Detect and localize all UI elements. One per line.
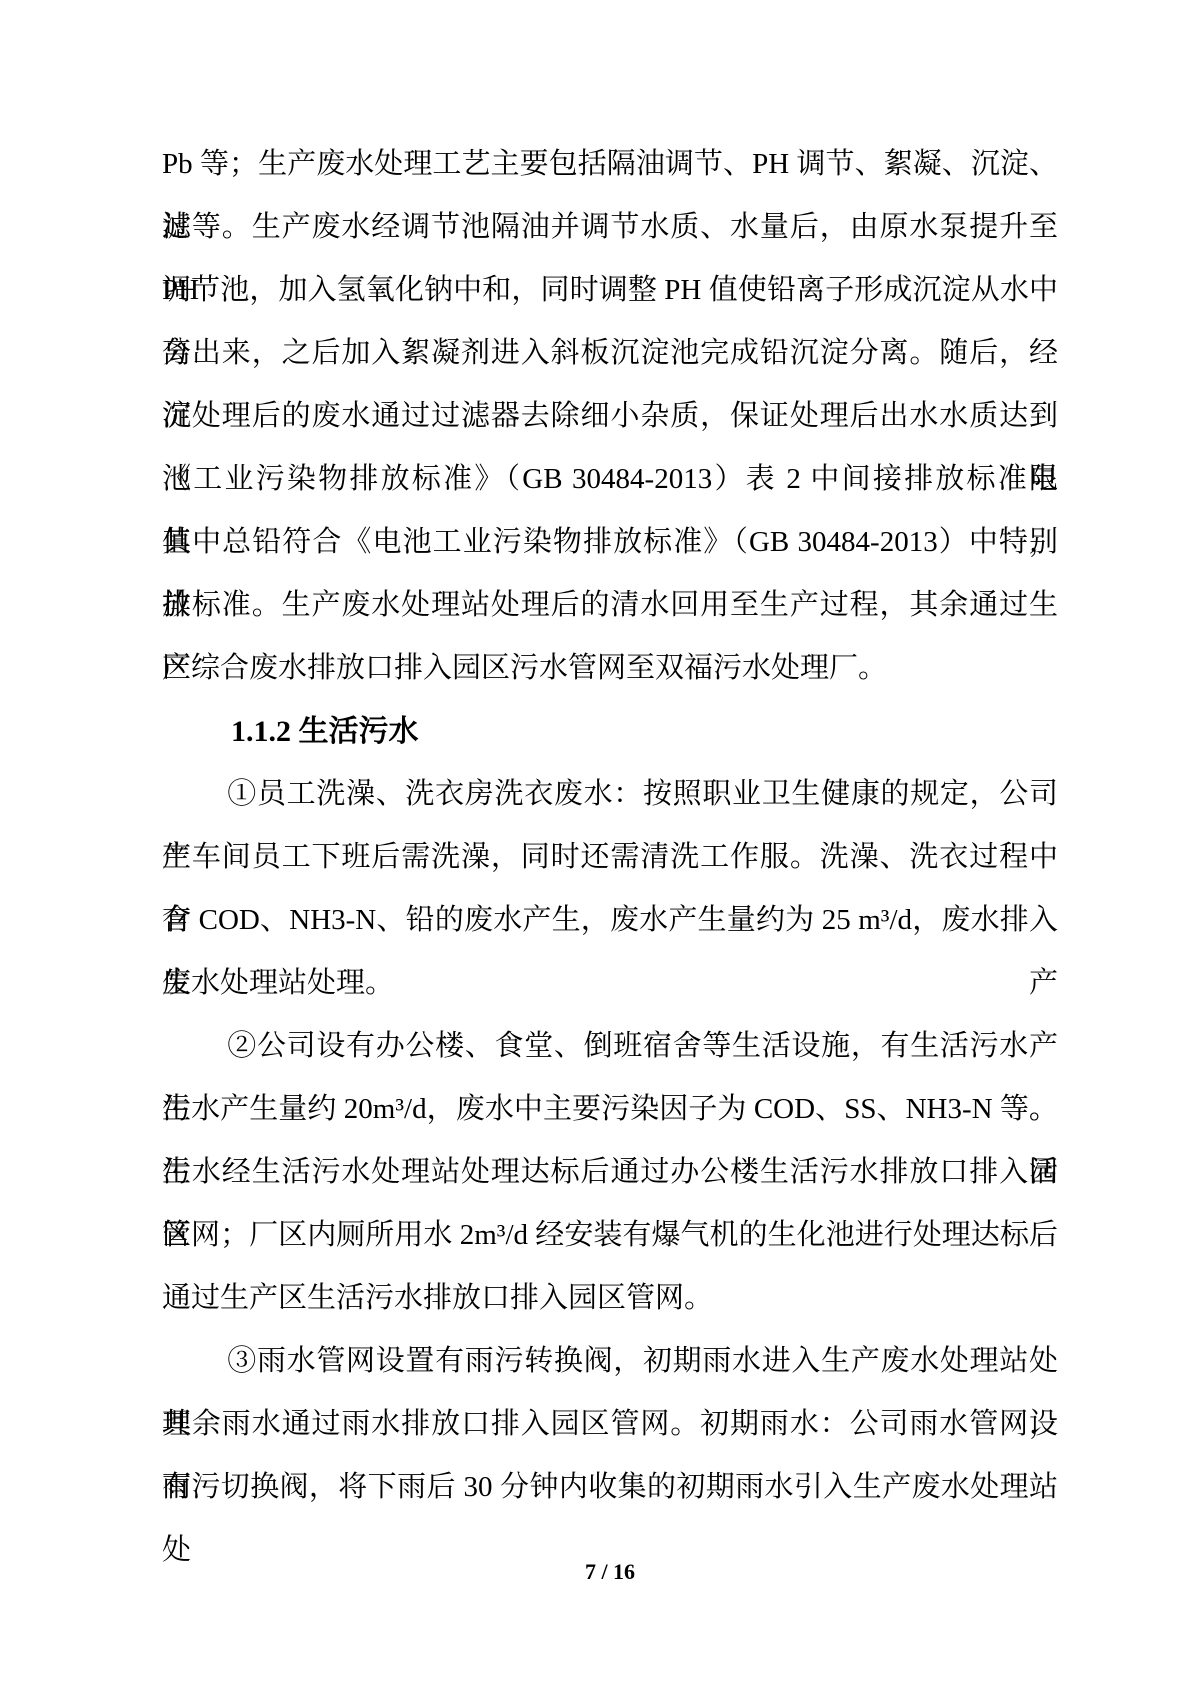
paragraph-line: 淀处理后的废水通过过滤器去除细小杂质，保证处理后出水水质达到《电	[162, 385, 1058, 448]
paragraph-line: 含 COD、NH3-N、铅的废水产生，废水产生量约为 25 m³/d，废水排入生…	[162, 889, 1058, 952]
paragraph-line: 产车间员工下班后需洗澡，同时还需清洗工作服。洗澡、洗衣过程中有	[162, 826, 1058, 889]
paragraph-line: 雨污切换阀，将下雨后 30 分钟内收集的初期雨水引入生产废水处理站处	[162, 1456, 1058, 1519]
paragraph-line: ②公司设有办公楼、食堂、倒班宿舍等生活设施，有生活污水产生。	[162, 1015, 1058, 1078]
paragraph-line: 其中总铅符合《电池工业污染物排放标准》（GB 30484-2013）中特别排	[162, 511, 1058, 574]
paragraph-line: 滤等。生产废水经调节池隔油并调节水质、水量后，由原水泵提升至 PH	[162, 196, 1058, 259]
paragraph-line: Pb 等；生产废水处理工艺主要包括隔油调节、PH 调节、絮凝、沉淀、过	[162, 133, 1058, 196]
page-number: 7 / 16	[162, 1552, 1058, 1592]
section-heading-1-1-2: 1.1.2 生活污水	[162, 700, 1058, 763]
paragraph-line: 污水经生活污水处理站处理达标后通过办公楼生活污水排放口排入园区	[162, 1141, 1058, 1204]
paragraph-line: 区综合废水排放口排入园区污水管网至双福污水处理厂。	[162, 637, 1058, 700]
paragraph-line: 通过生产区生活污水排放口排入园区管网。	[162, 1267, 1058, 1330]
paragraph-line: 污水产生量约 20m³/d，废水中主要污染因子为 COD、SS、NH3-N 等。…	[162, 1078, 1058, 1141]
paragraph-line: 放标准。生产废水处理站处理后的清水回用至生产过程，其余通过生产	[162, 574, 1058, 637]
paragraph-line: 离出来，之后加入絮凝剂进入斜板沉淀池完成铅沉淀分离。随后，经沉	[162, 322, 1058, 385]
paragraph-line: ①员工洗澡、洗衣房洗衣废水：按照职业卫生健康的规定，公司生	[162, 763, 1058, 826]
document-page: Pb 等；生产废水处理工艺主要包括隔油调节、PH 调节、絮凝、沉淀、过 滤等。生…	[0, 0, 1191, 1684]
paragraph-line: 调节池，加入氢氧化钠中和，同时调整 PH 值使铅离子形成沉淀从水中分	[162, 259, 1058, 322]
document-body: Pb 等；生产废水处理工艺主要包括隔油调节、PH 调节、絮凝、沉淀、过 滤等。生…	[162, 133, 1058, 1519]
paragraph-line: 其余雨水通过雨水排放口排入园区管网。初期雨水：公司雨水管网设有	[162, 1393, 1058, 1456]
paragraph-line: ③雨水管网设置有雨污转换阀，初期雨水进入生产废水处理站处理，	[162, 1330, 1058, 1393]
paragraph-line: 管网；厂区内厕所用水 2m³/d 经安装有爆气机的生化池进行处理达标后	[162, 1204, 1058, 1267]
paragraph-line: 池工业污染物排放标准》（GB 30484-2013）表 2 中间接排放标准限值，	[162, 448, 1058, 511]
